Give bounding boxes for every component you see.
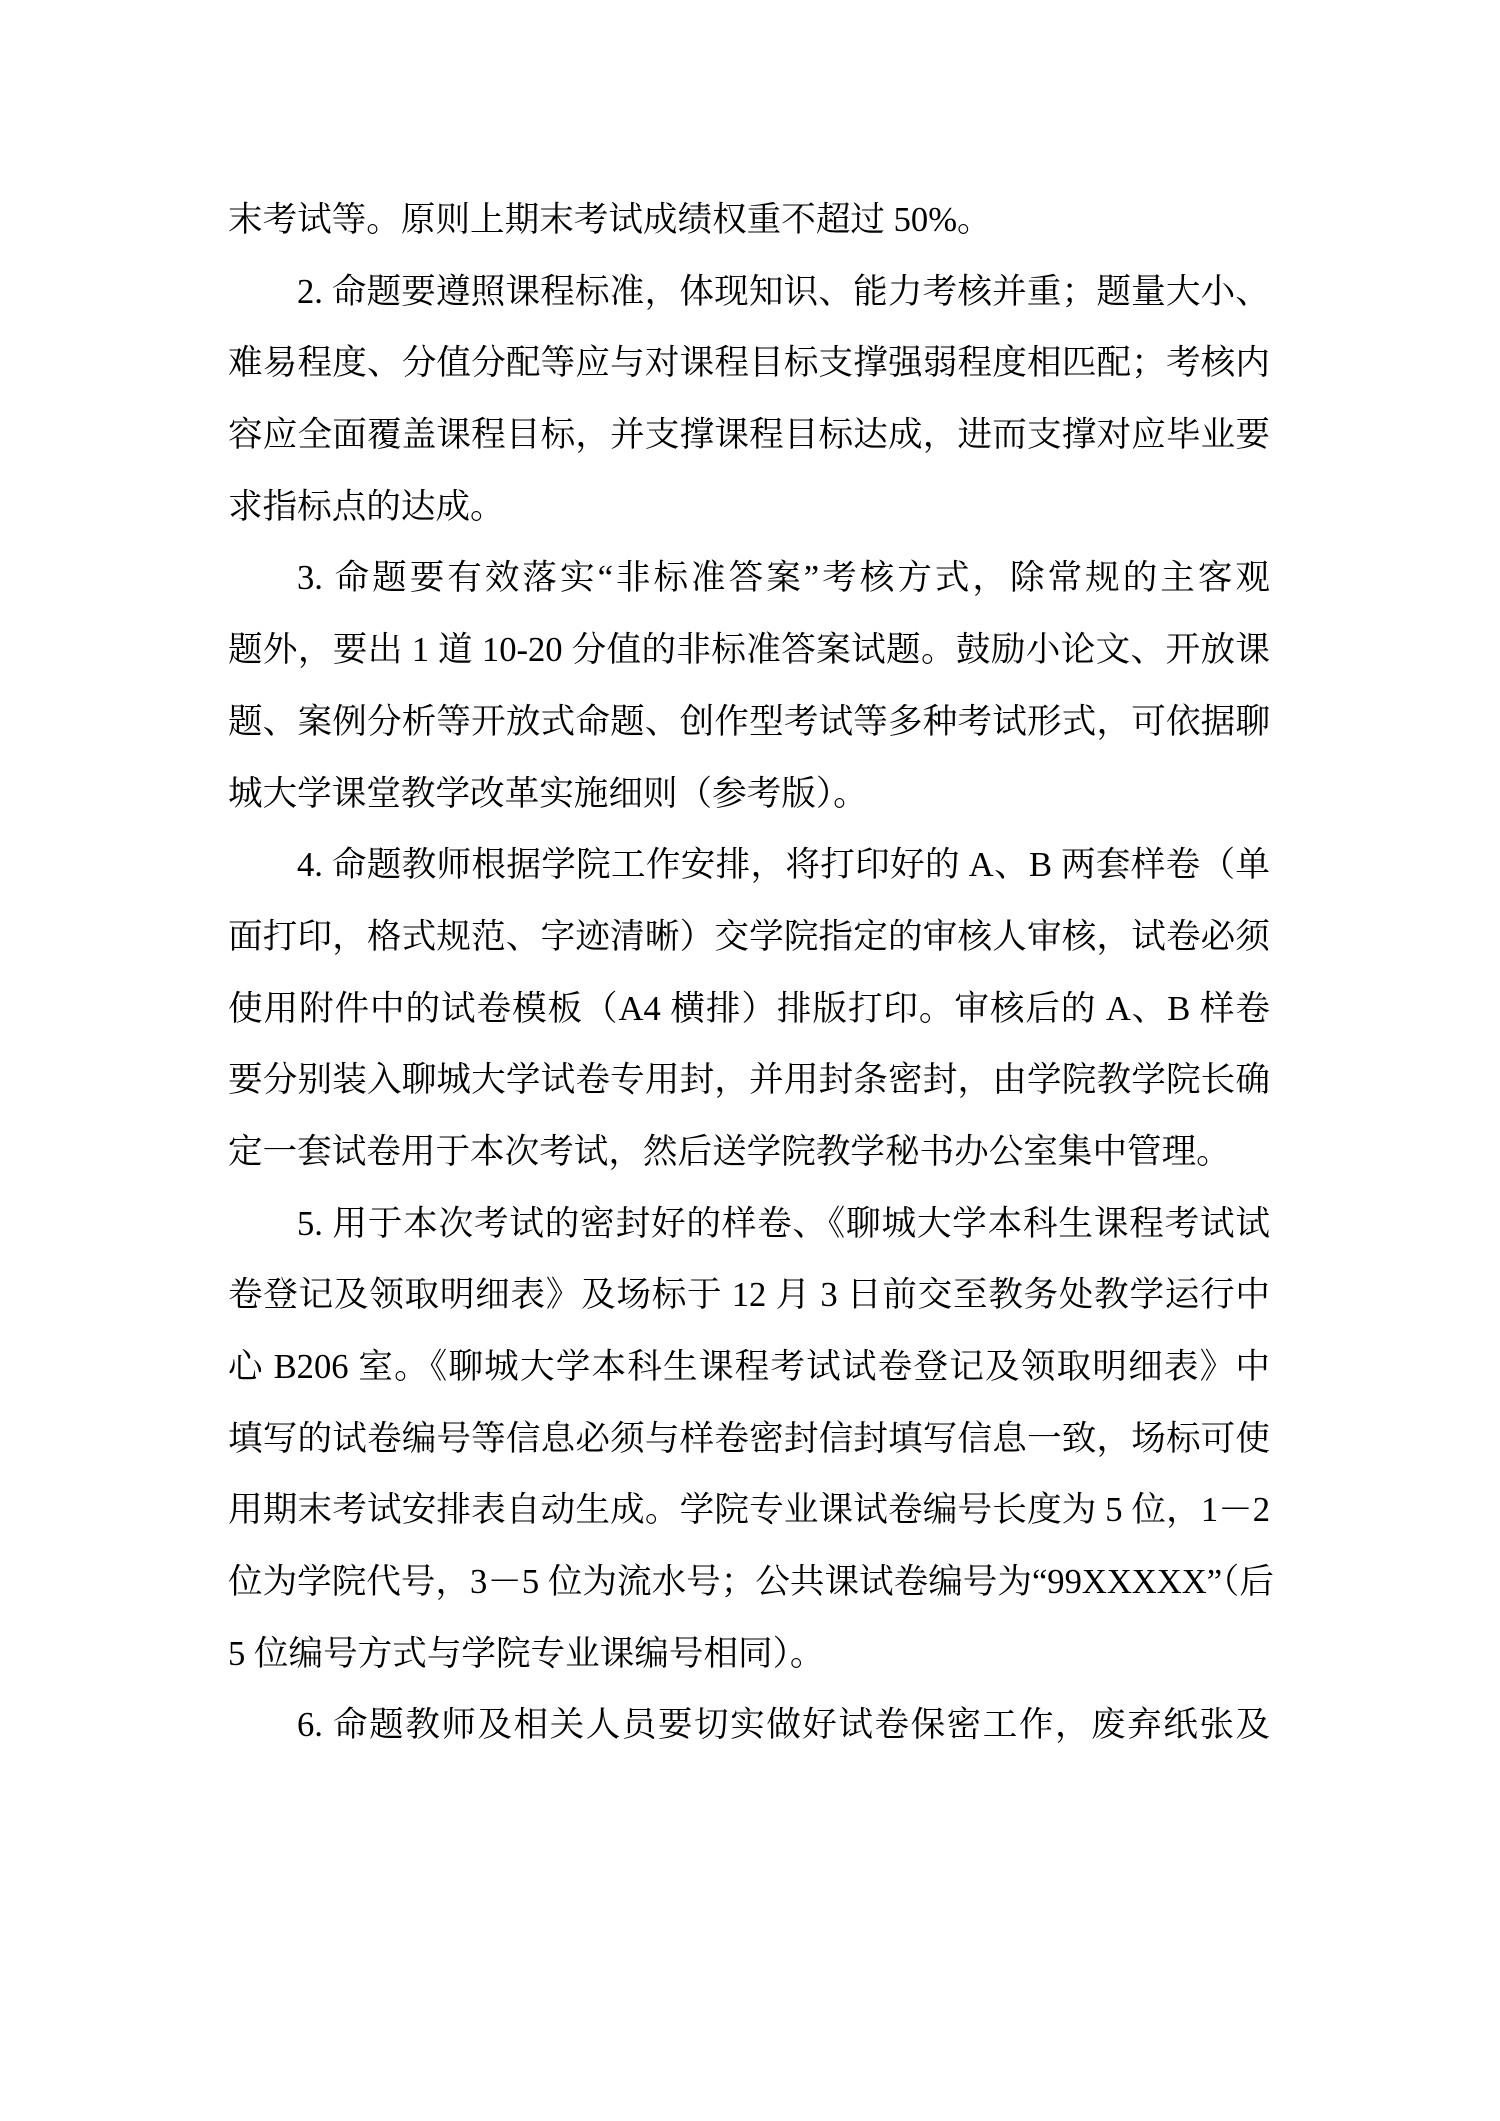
paragraph-6-confidentiality: 6. 命题教师及相关人员要切实做好试卷保密工作，废弃纸张及 — [228, 1690, 1270, 1762]
text-line: 求指标点的达成。 — [228, 472, 1270, 544]
text-line: 面打印，格式规范、字迹清晰）交学院指定的审核人审核，试卷必须 — [228, 902, 1270, 974]
text-line: 4. 命题教师根据学院工作安排，将打印好的 A、B 两套样卷（单 — [228, 830, 1270, 902]
text-line: 末考试等。原则上期末考试成绩权重不超过 50%。 — [228, 185, 1270, 257]
text-line: 卷登记及领取明细表》及场标于 12 月 3 日前交至教务处教学运行中 — [228, 1260, 1270, 1332]
text-line: 填写的试卷编号等信息必须与样卷密封信封填写信息一致，场标可使 — [228, 1404, 1270, 1476]
text-line: 3. 命题要有效落实“非标准答案”考核方式，除常规的主客观 — [228, 543, 1270, 615]
paragraph-2-proposition-standards: 2. 命题要遵照课程标准，体现知识、能力考核并重；题量大小、 难易程度、分值分配… — [228, 257, 1270, 544]
text-line: 定一套试卷用于本次考试，然后送学院教学秘书办公室集中管理。 — [228, 1117, 1270, 1189]
paragraph-5-submission-and-numbering: 5. 用于本次考试的密封好的样卷、《聊城大学本科生课程考试试 卷登记及领取明细表… — [228, 1189, 1270, 1691]
text-line: 心 B206 室。《聊城大学本科生课程考试试卷登记及领取明细表》中 — [228, 1332, 1270, 1404]
text-line: 容应全面覆盖课程目标，并支撑课程目标达成，进而支撑对应毕业要 — [228, 400, 1270, 472]
text-line: 6. 命题教师及相关人员要切实做好试卷保密工作，废弃纸张及 — [228, 1690, 1270, 1762]
paragraph-4-sample-papers: 4. 命题教师根据学院工作安排，将打印好的 A、B 两套样卷（单 面打印，格式规… — [228, 830, 1270, 1188]
text-line: 要分别装入聊城大学试卷专用封，并用封条密封，由学院教学院长确 — [228, 1045, 1270, 1117]
text-line: 用期末考试安排表自动生成。学院专业课试卷编号长度为 5 位，1－2 — [228, 1475, 1270, 1547]
text-line: 2. 命题要遵照课程标准，体现知识、能力考核并重；题量大小、 — [228, 257, 1270, 329]
paragraph-3-non-standard-answer: 3. 命题要有效落实“非标准答案”考核方式，除常规的主客观 题外，要出 1 道 … — [228, 543, 1270, 830]
text-line: 位为学院代号，3－5 位为流水号；公共课试卷编号为“99XXXXX”（后 — [228, 1547, 1270, 1619]
text-line: 使用附件中的试卷模板（A4 横排）排版打印。审核后的 A、B 样卷 — [228, 974, 1270, 1046]
text-line: 难易程度、分值分配等应与对课程目标支撑强弱程度相匹配；考核内 — [228, 328, 1270, 400]
document-page: 末考试等。原则上期末考试成绩权重不超过 50%。 2. 命题要遵照课程标准，体现… — [228, 185, 1270, 1762]
paragraph-1-continuation: 末考试等。原则上期末考试成绩权重不超过 50%。 — [228, 185, 1270, 257]
text-line: 5 位编号方式与学院专业课编号相同）。 — [228, 1619, 1270, 1691]
text-line: 题外，要出 1 道 10-20 分值的非标准答案试题。鼓励小论文、开放课 — [228, 615, 1270, 687]
text-line: 题、案例分析等开放式命题、创作型考试等多种考试形式，可依据聊 — [228, 687, 1270, 759]
text-line: 5. 用于本次考试的密封好的样卷、《聊城大学本科生课程考试试 — [228, 1189, 1270, 1261]
text-line: 城大学课堂教学改革实施细则（参考版）。 — [228, 759, 1270, 831]
